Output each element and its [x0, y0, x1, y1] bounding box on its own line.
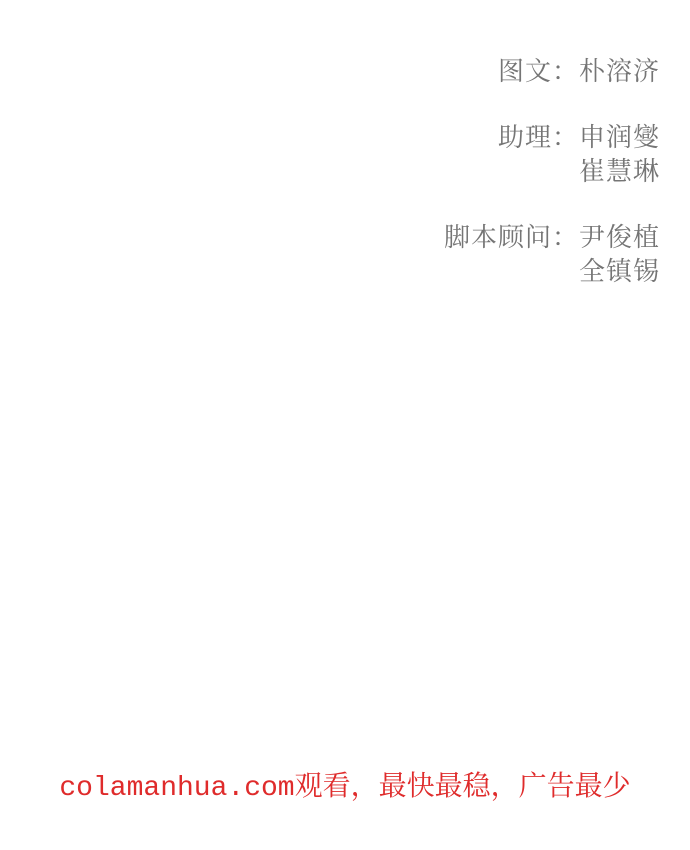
credits-row-script-consultants: 脚本顾问： 尹俊植 全镇锡: [444, 221, 657, 289]
credits-name: 全镇锡: [579, 255, 657, 289]
credits-name: 朴溶济: [579, 55, 657, 89]
credits-role-label: 图文：: [498, 55, 579, 89]
credits-names: 申润燮 崔慧琳: [579, 121, 657, 189]
credits-names: 尹俊植 全镇锡: [579, 221, 657, 289]
site-watermark: colamanhua.com观看，最快最稳，广告最少: [0, 772, 690, 806]
credits-role-label: 助理：: [498, 121, 579, 189]
credits-role-label: 脚本顾问：: [444, 221, 579, 289]
credits-name: 尹俊植: [579, 221, 657, 255]
credits-row-assistants: 助理： 申润燮 崔慧琳: [444, 121, 657, 189]
credits-name: 崔慧琳: [579, 155, 657, 189]
credits-row-art: 图文： 朴溶济: [444, 55, 657, 89]
credits-block: 图文： 朴溶济 助理： 申润燮 崔慧琳 脚本顾问： 尹俊植 全镇锡: [444, 55, 657, 289]
credits-names: 朴溶济: [579, 55, 657, 89]
credits-name: 申润燮: [579, 121, 657, 155]
comic-credits-page: 图文： 朴溶济 助理： 申润燮 崔慧琳 脚本顾问： 尹俊植 全镇锡 colama…: [0, 0, 690, 850]
